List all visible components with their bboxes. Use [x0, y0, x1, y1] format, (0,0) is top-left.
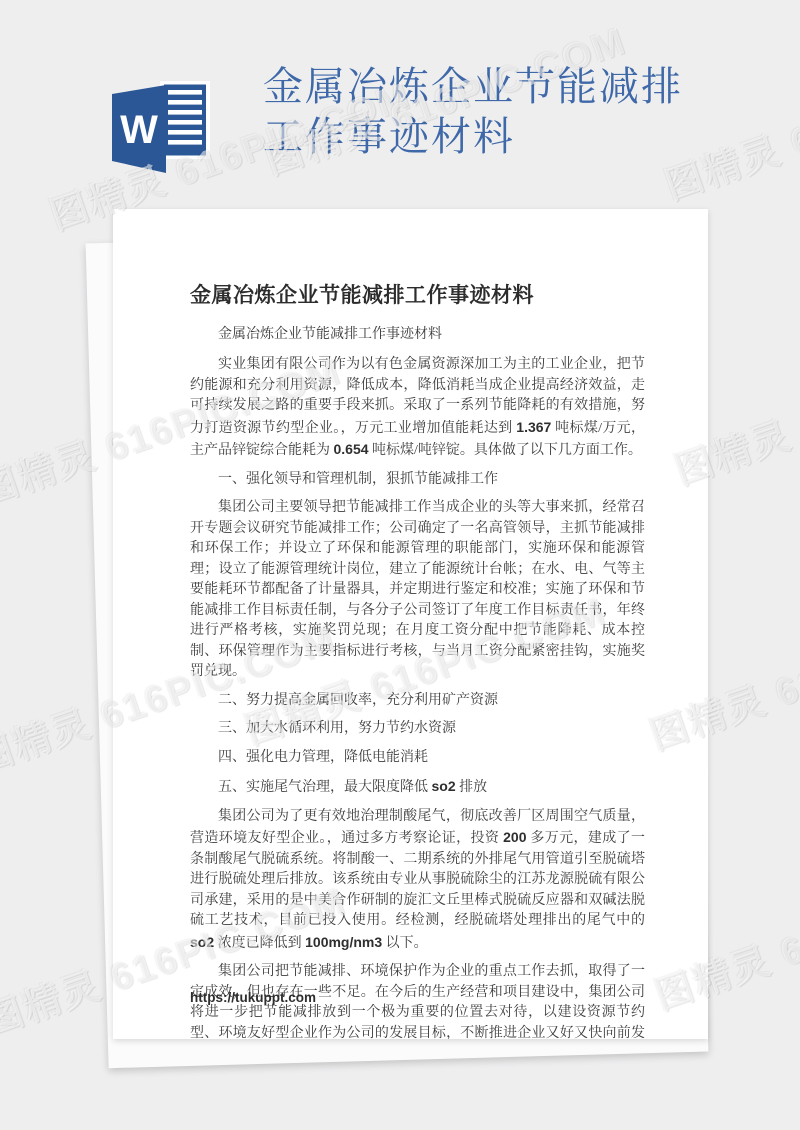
- page-title-line2: 工作事迹材料: [263, 112, 733, 162]
- header: W 金属冶炼企业节能减排 工作事迹材料: [0, 0, 800, 200]
- page-title-line1: 金属冶炼企业节能减排: [263, 62, 733, 112]
- word-letter: W: [120, 108, 158, 152]
- numeric-run: so2: [432, 778, 456, 794]
- footer-source-link[interactable]: https://tukuppt.com: [190, 990, 316, 1005]
- paragraph: 集团公司为了更有效地治理制酸尾气，彻底改善厂区周围空气质量，营造环境友好型企业。…: [190, 807, 645, 955]
- numeric-run: 200: [503, 829, 526, 845]
- word-document-icon: W: [110, 80, 210, 174]
- numeric-run: so2: [190, 934, 214, 950]
- document-preview-screen: W 金属冶炼企业节能减排 工作事迹材料 金属冶炼企业节能减排工作事迹材料 金属冶…: [0, 0, 800, 1130]
- section-heading: 五、实施尾气治理，最大限度降低 so2 排放: [190, 776, 645, 799]
- section-heading: 二、努力提高金属回收率，充分利用矿产资源: [190, 691, 645, 712]
- numeric-run: 1.367: [516, 419, 551, 435]
- document-page: 金属冶炼企业节能减排工作事迹材料 金属冶炼企业节能减排工作事迹材料 实业集团有限…: [113, 209, 708, 1039]
- paragraph: 集团公司主要领导把节能减排工作当成企业的头等大事来抓，经常召开专题会议研究节能减…: [190, 498, 645, 683]
- paragraph: 实业集团有限公司作为以有色金属资源深加工为主的工业企业，把节约能源和充分利用资源…: [190, 355, 645, 462]
- document-subtitle: 金属冶炼企业节能减排工作事迹材料: [190, 325, 645, 345]
- document-title: 金属冶炼企业节能减排工作事迹材料: [190, 281, 645, 309]
- page-title-link[interactable]: 金属冶炼企业节能减排 工作事迹材料: [263, 62, 733, 162]
- document-content: 金属冶炼企业节能减排工作事迹材料 金属冶炼企业节能减排工作事迹材料 实业集团有限…: [190, 281, 645, 1039]
- section-heading: 一、强化领导和管理机制，狠抓节能减排工作: [190, 470, 645, 491]
- section-heading: 四、强化电力管理，降低电能消耗: [190, 748, 645, 769]
- numeric-run: 0.654: [334, 441, 369, 457]
- document-body: 实业集团有限公司作为以有色金属资源深加工为主的工业企业，把节约能源和充分利用资源…: [190, 355, 645, 1039]
- section-heading: 三、加大水循环利用，努力节约水资源: [190, 719, 645, 740]
- numeric-run: 100mg/nm3: [305, 934, 382, 950]
